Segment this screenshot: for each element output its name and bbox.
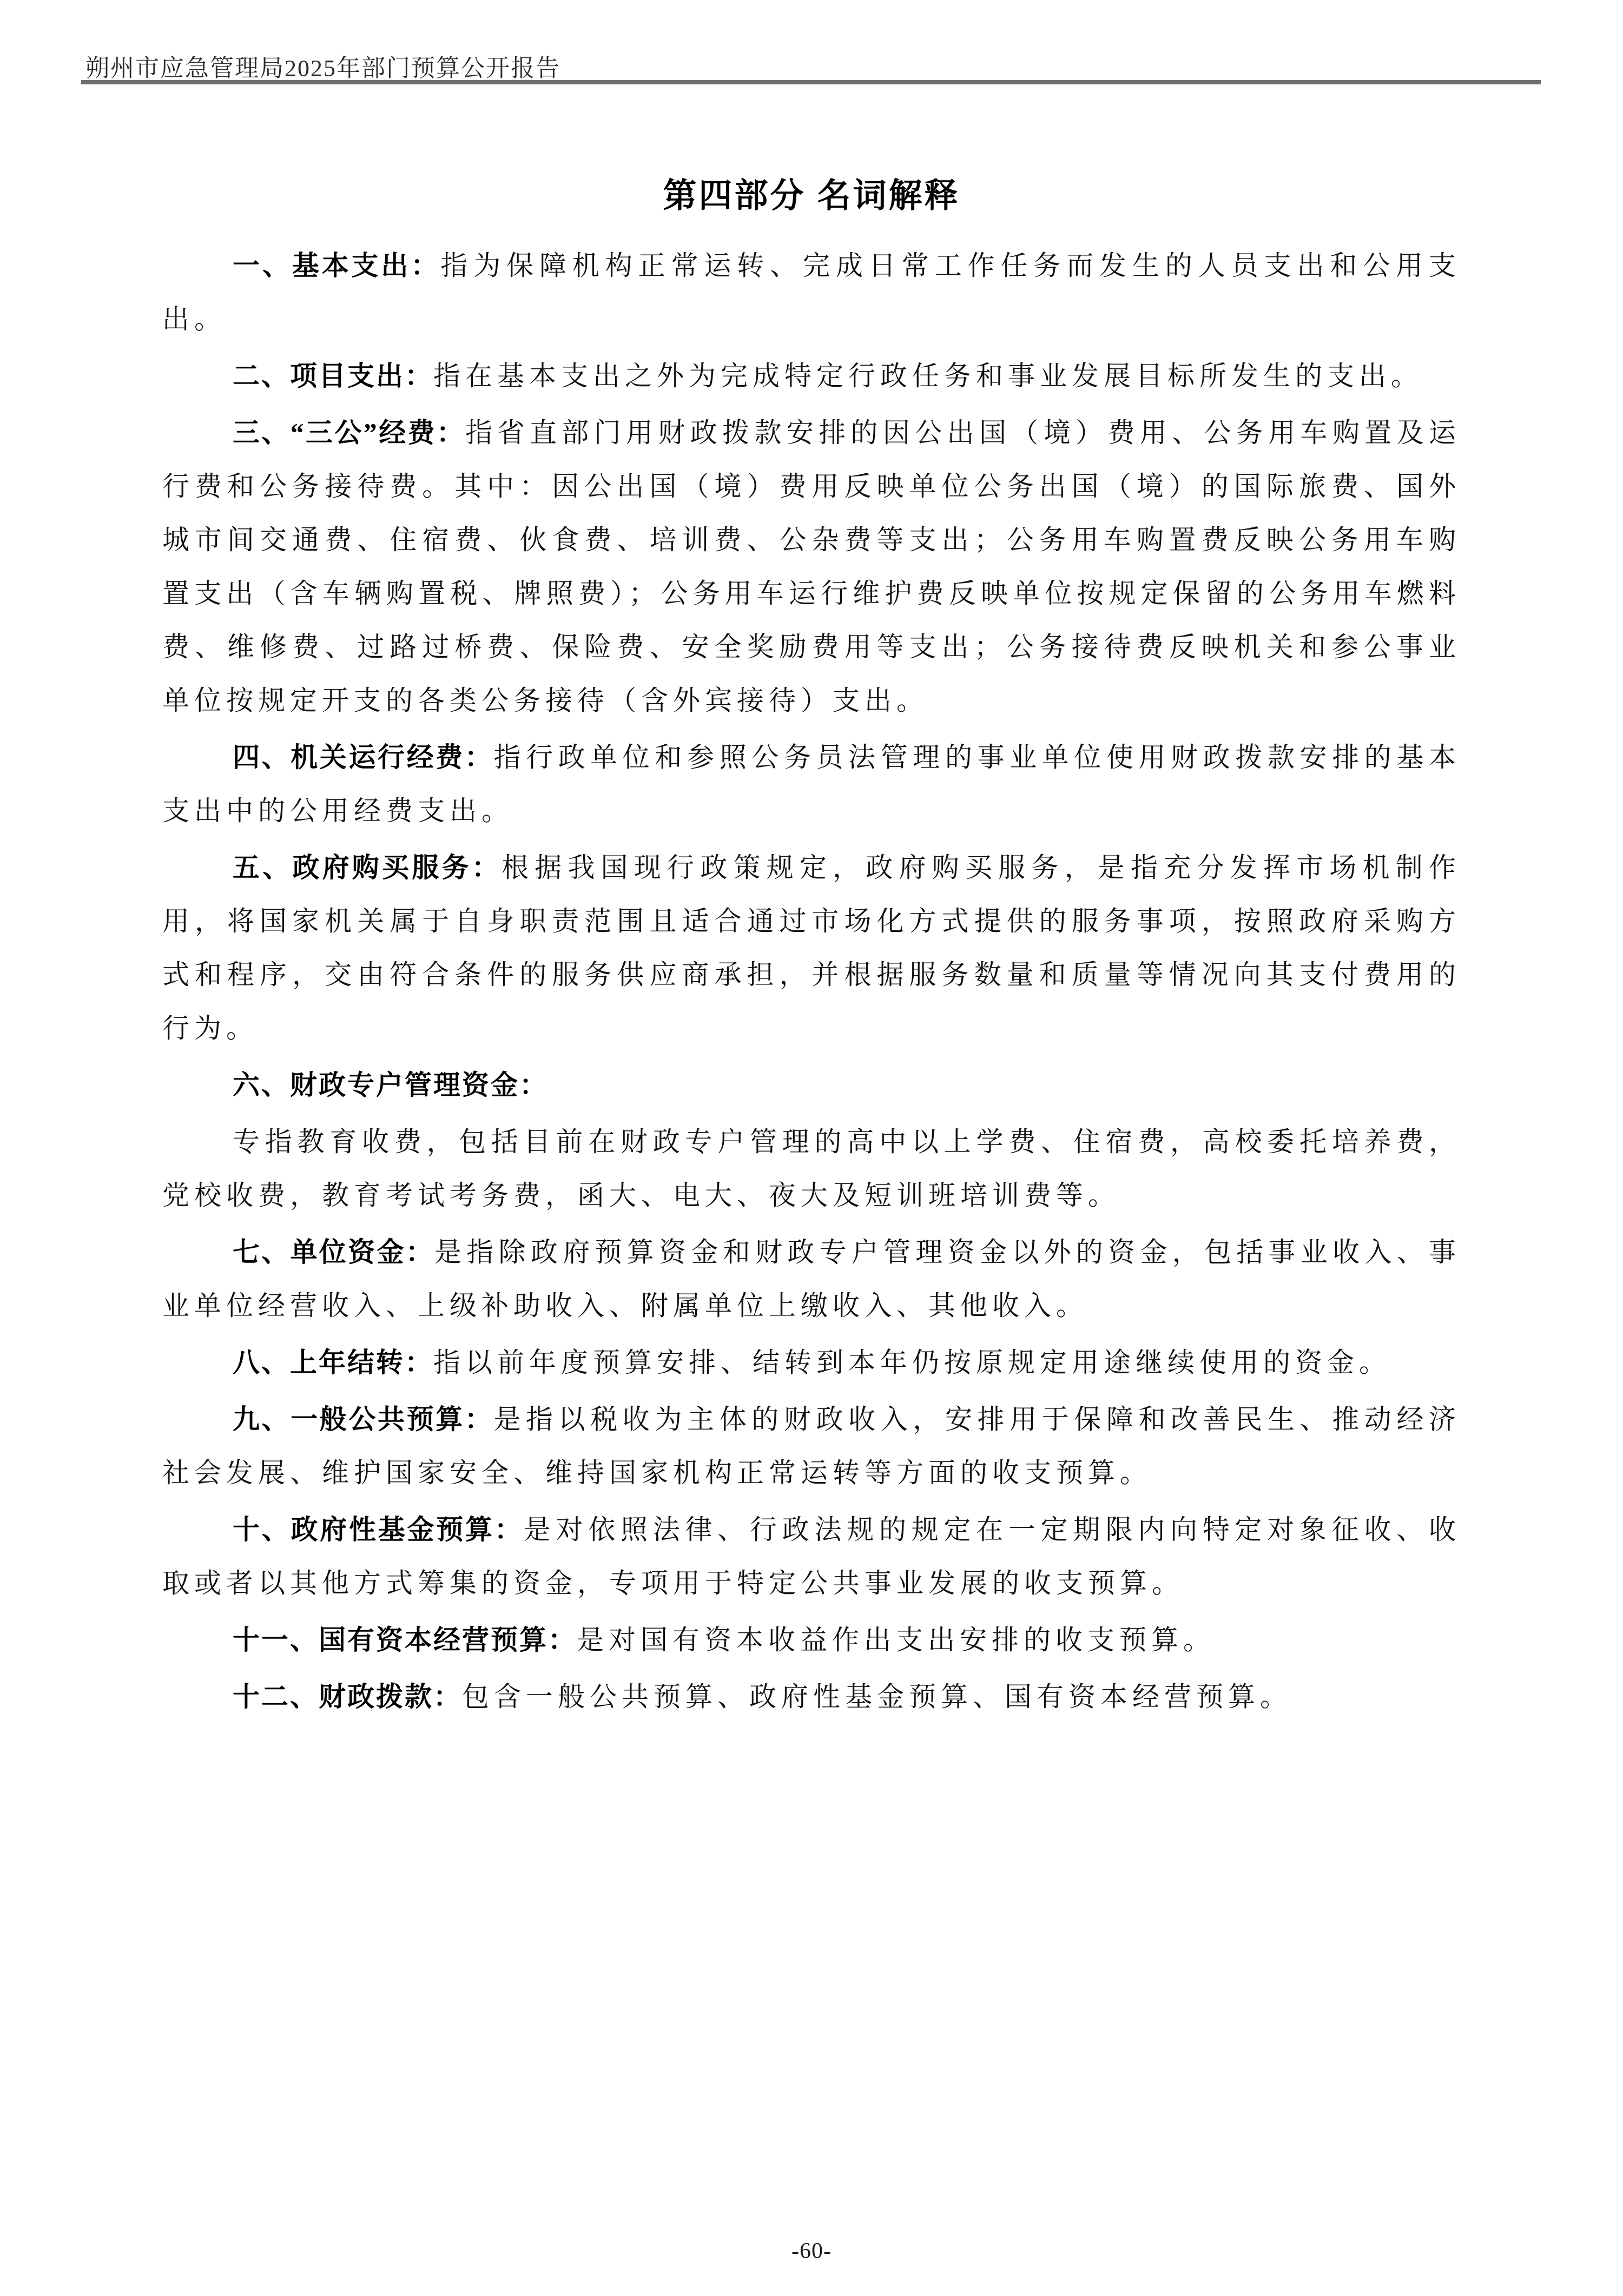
glossary-item: 三、“三公”经费：指省直部门用财政拨款安排的因公出国（境）费用、公务用车购置及运… bbox=[162, 406, 1461, 727]
glossary-item: 七、单位资金：是指除政府预算资金和财政专户管理资金以外的资金，包括事业收入、事业… bbox=[162, 1226, 1461, 1333]
section-title: 第四部分 名词解释 bbox=[0, 169, 1623, 217]
glossary-item: 八、上年结转：指以前年度预算安排、结转到本年仍按原规定用途继续使用的资金。 bbox=[162, 1336, 1461, 1389]
glossary-item: 二、项目支出：指在基本支出之外为完成特定行政任务和事业发展目标所发生的支出。 bbox=[162, 349, 1461, 403]
term-label: 六、财政专户管理资金： bbox=[233, 1070, 548, 1100]
glossary-item: 一、基本支出：指为保障机构正常运转、完成日常工作任务而发生的人员支出和公用支出。 bbox=[162, 239, 1461, 346]
term-label: 五、政府购买服务： bbox=[233, 852, 502, 883]
term-label: 十二、财政拨款： bbox=[233, 1682, 462, 1712]
header-divider bbox=[81, 80, 1541, 84]
glossary-item: 十二、财政拨款：包含一般公共预算、政府性基金预算、国有资本经营预算。 bbox=[162, 1670, 1461, 1724]
term-definition: 指以前年度预算安排、结转到本年仍按原规定用途继续使用的资金。 bbox=[433, 1347, 1391, 1378]
glossary-item: 十一、国有资本经营预算：是对国有资本收益作出支出安排的收支预算。 bbox=[162, 1613, 1461, 1667]
term-label: 一、基本支出： bbox=[233, 250, 440, 281]
document-page: 朔州市应急管理局2025年部门预算公开报告 第四部分 名词解释 一、基本支出：指… bbox=[0, 0, 1623, 2296]
term-definition: 是对国有资本收益作出支出安排的收支预算。 bbox=[577, 1625, 1215, 1655]
term-label: 八、上年结转： bbox=[233, 1347, 433, 1378]
term-definition: 指省直部门用财政拨款安排的因公出国（境）费用、公务用车购置及运行费和公务接待费。… bbox=[162, 418, 1461, 716]
term-label: 四、机关运行经费： bbox=[233, 742, 493, 772]
term-definition: 指在基本支出之外为完成特定行政任务和事业发展目标所发生的支出。 bbox=[433, 361, 1423, 391]
glossary-body: 一、基本支出：指为保障机构正常运转、完成日常工作任务而发生的人员支出和公用支出。… bbox=[162, 239, 1461, 1727]
term-definition: 包含一般公共预算、政府性基金预算、国有资本经营预算。 bbox=[462, 1682, 1292, 1712]
term-label: 十一、国有资本经营预算： bbox=[233, 1625, 577, 1655]
page-header-title: 朔州市应急管理局2025年部门预算公开报告 bbox=[85, 49, 560, 83]
glossary-item: 四、机关运行经费：指行政单位和参照公务员法管理的事业单位使用财政拨款安排的基本支… bbox=[162, 731, 1461, 838]
term-label: 三、“三公”经费： bbox=[233, 418, 465, 448]
term-definition: 专指教育收费，包括目前在财政专户管理的高中以上学费、住宿费，高校委托培养费，党校… bbox=[162, 1127, 1461, 1210]
glossary-item: 专指教育收费，包括目前在财政专户管理的高中以上学费、住宿费，高校委托培养费，党校… bbox=[162, 1115, 1461, 1222]
glossary-item: 九、一般公共预算：是指以税收为主体的财政收入，安排用于保障和改善民生、推动经济社… bbox=[162, 1393, 1461, 1500]
term-label: 九、一般公共预算： bbox=[233, 1404, 493, 1434]
glossary-item: 十、政府性基金预算：是对依照法律、行政法规的规定在一定期限内向特定对象征收、收取… bbox=[162, 1503, 1461, 1610]
term-label: 七、单位资金： bbox=[233, 1237, 434, 1267]
term-label: 十、政府性基金预算： bbox=[233, 1514, 524, 1545]
glossary-item: 五、政府购买服务：根据我国现行政策规定，政府购买服务，是指充分发挥市场机制作用，… bbox=[162, 841, 1461, 1055]
term-label: 二、项目支出： bbox=[233, 361, 433, 391]
page-number: -60- bbox=[0, 2238, 1623, 2264]
glossary-item: 六、财政专户管理资金： bbox=[162, 1058, 1461, 1112]
